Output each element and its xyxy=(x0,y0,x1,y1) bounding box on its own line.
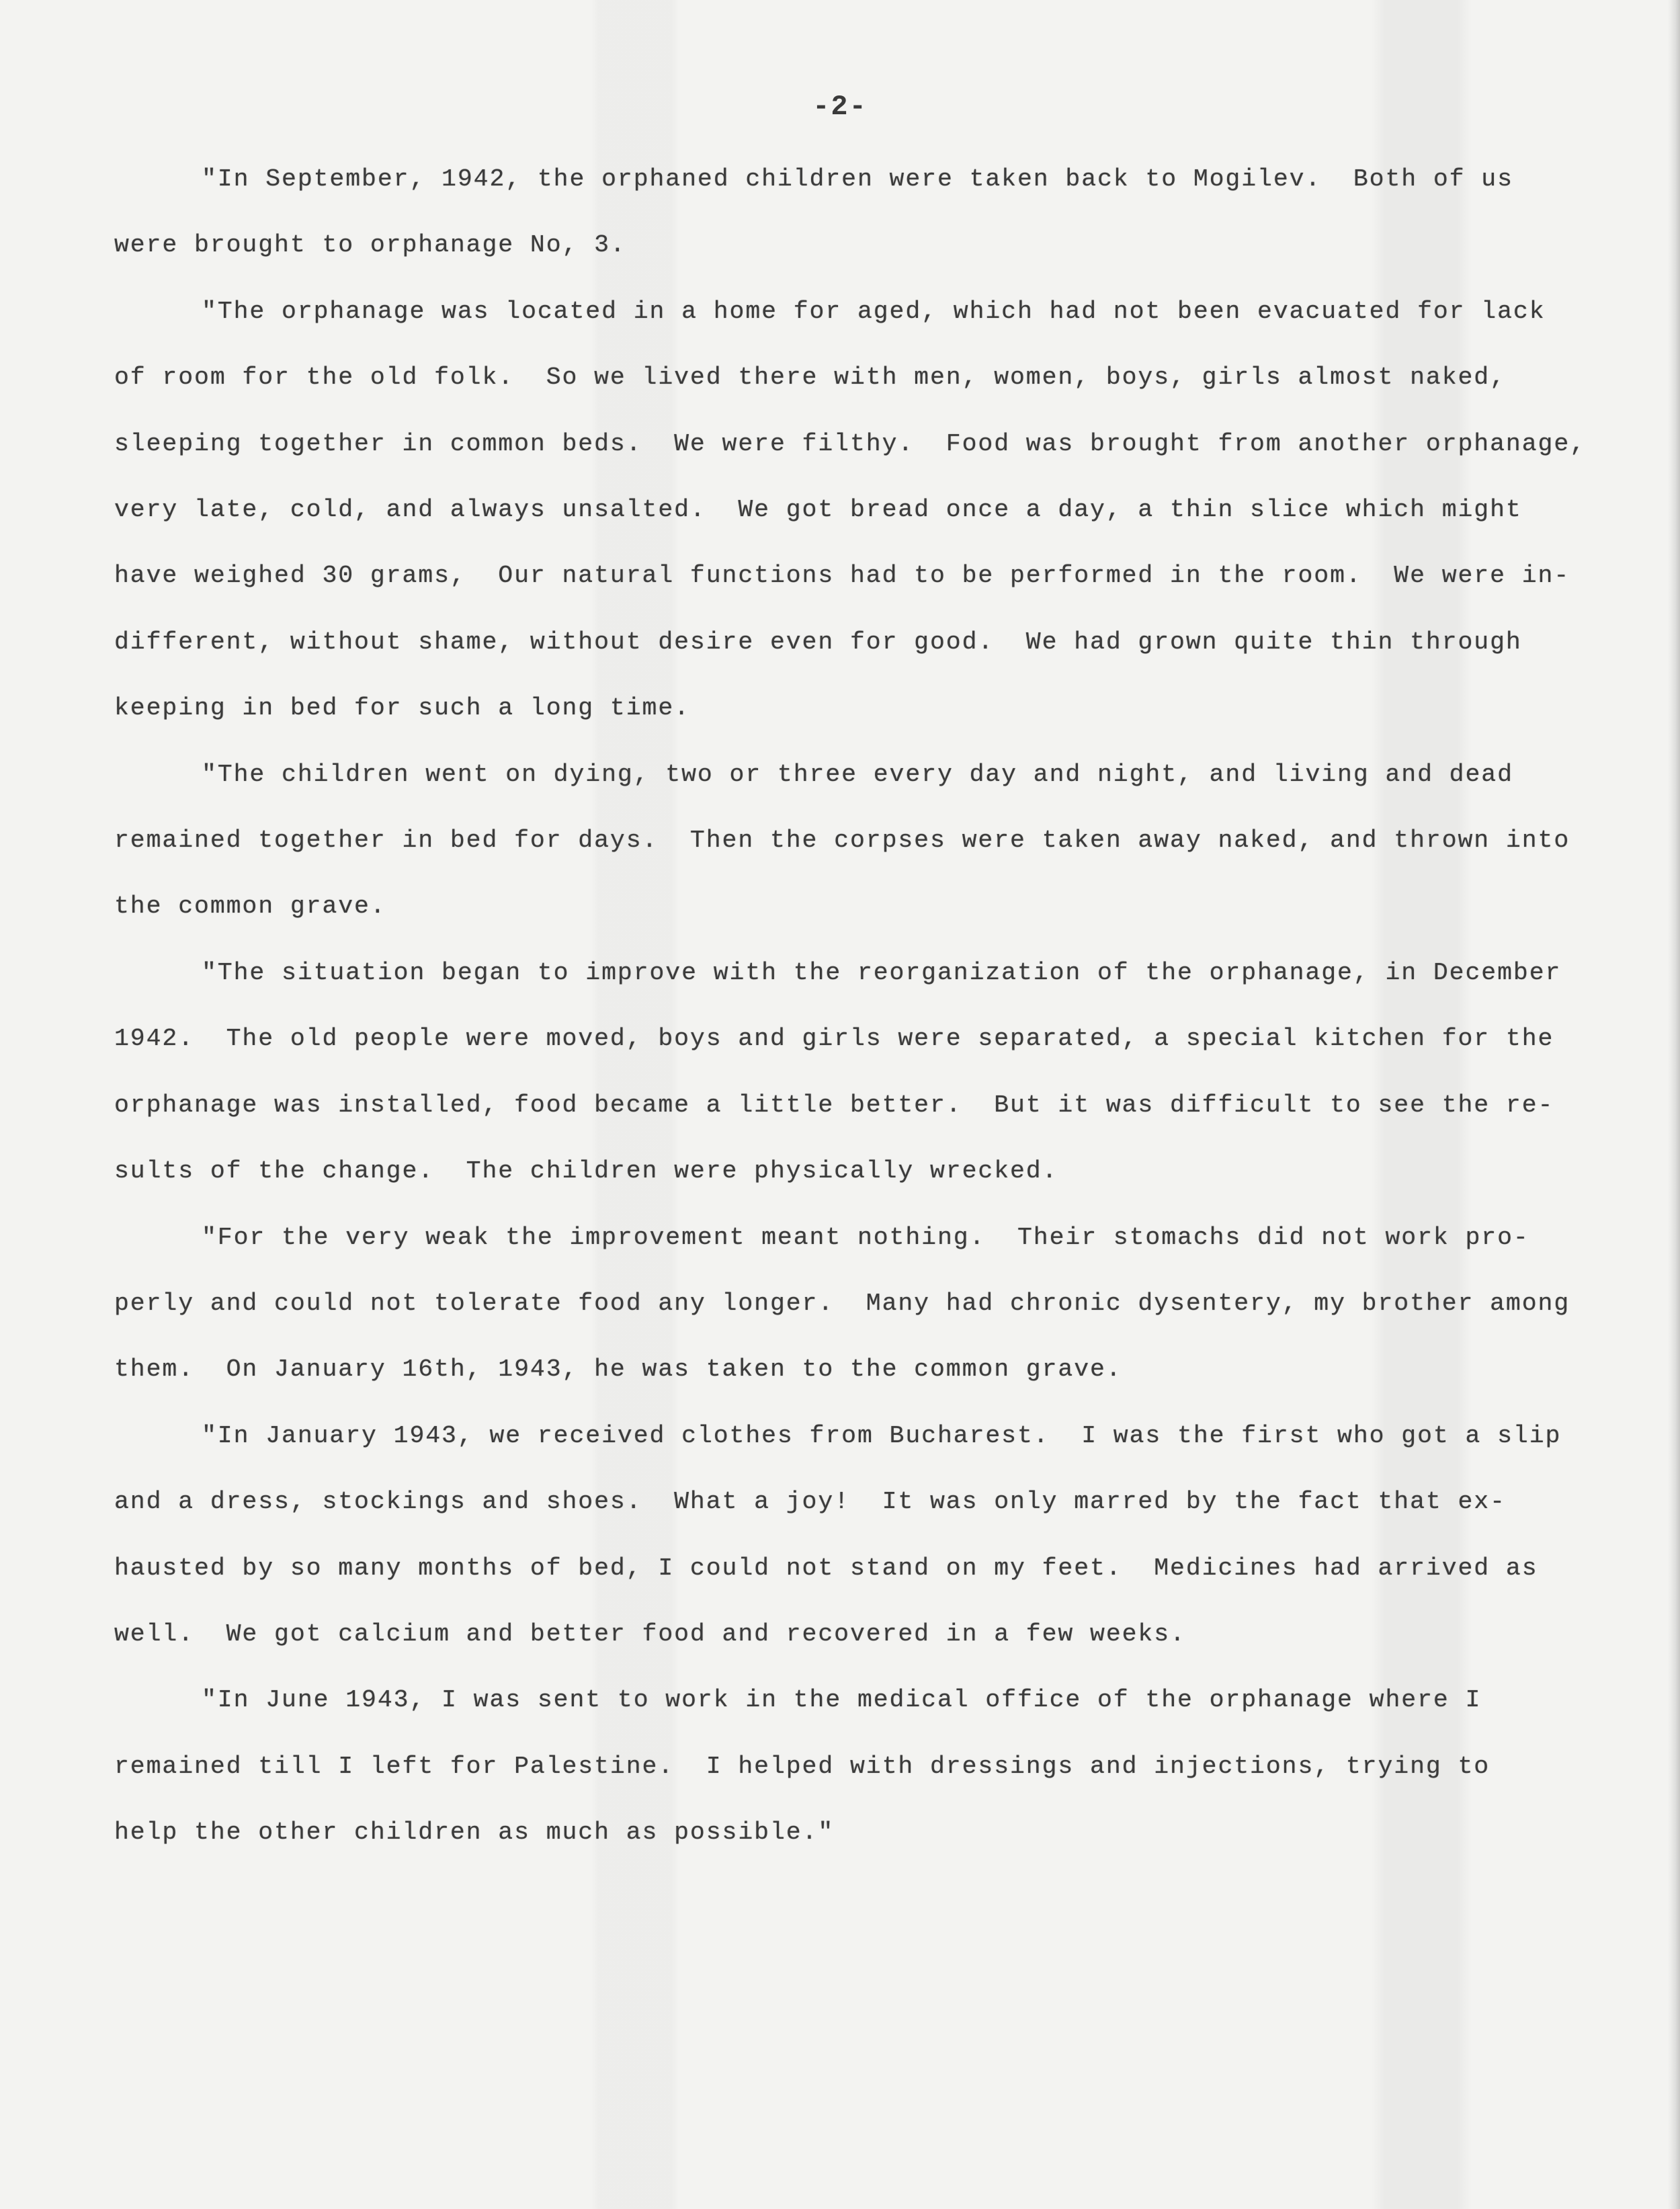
text-line: 1942. The old people were moved, boys an… xyxy=(114,1006,1620,1072)
paragraph-september-1942: "In September, 1942, the orphaned childr… xyxy=(114,147,1620,279)
text-line: different, without shame, without desire… xyxy=(114,610,1620,675)
text-line: "The orphanage was located in a home for… xyxy=(114,279,1620,345)
text-line: sleeping together in common beds. We wer… xyxy=(114,411,1620,477)
paragraph-january-1943-clothes: "In January 1943, we received clothes fr… xyxy=(114,1403,1620,1668)
text-line: remained together in bed for days. Then … xyxy=(114,808,1620,874)
text-line: "The children went on dying, two or thre… xyxy=(114,742,1620,808)
text-line: remained till I left for Palestine. I he… xyxy=(114,1734,1620,1800)
page-number: -2- xyxy=(0,91,1680,123)
text-line: the common grave. xyxy=(114,874,1620,940)
paragraph-june-1943-medical-office: "In June 1943, I was sent to work in the… xyxy=(114,1667,1620,1866)
text-line: well. We got calcium and better food and… xyxy=(114,1601,1620,1667)
text-line: have weighed 30 grams, Our natural funct… xyxy=(114,543,1620,609)
text-line: and a dress, stockings and shoes. What a… xyxy=(114,1469,1620,1535)
text-line: sults of the change. The children were p… xyxy=(114,1138,1620,1204)
text-line: of room for the old folk. So we lived th… xyxy=(114,345,1620,411)
text-line: "In January 1943, we received clothes fr… xyxy=(114,1403,1620,1469)
paragraph-children-dying: "The children went on dying, two or thre… xyxy=(114,742,1620,940)
text-line: hausted by so many months of bed, I coul… xyxy=(114,1536,1620,1601)
text-line: "In June 1943, I was sent to work in the… xyxy=(114,1667,1620,1733)
text-line: "The situation began to improve with the… xyxy=(114,940,1620,1006)
typewritten-page: -2- "In September, 1942, the orphaned ch… xyxy=(0,0,1680,2209)
paragraph-orphanage-conditions: "The orphanage was located in a home for… xyxy=(114,279,1620,742)
text-line: keeping in bed for such a long time. xyxy=(114,675,1620,741)
text-line: perly and could not tolerate food any lo… xyxy=(114,1271,1620,1337)
document-body: "In September, 1942, the orphaned childr… xyxy=(114,147,1620,1866)
text-line: orphanage was installed, food became a l… xyxy=(114,1073,1620,1138)
paper-edge-shadow xyxy=(1668,0,1680,2209)
paragraph-reorganization: "The situation began to improve with the… xyxy=(114,940,1620,1205)
text-line: them. On January 16th, 1943, he was take… xyxy=(114,1337,1620,1403)
paragraph-very-weak: "For the very weak the improvement meant… xyxy=(114,1205,1620,1403)
text-line: were brought to orphanage No, 3. xyxy=(114,212,1620,278)
text-line: "In September, 1942, the orphaned childr… xyxy=(114,147,1620,212)
text-line: "For the very weak the improvement meant… xyxy=(114,1205,1620,1271)
text-line: very late, cold, and always unsalted. We… xyxy=(114,477,1620,543)
text-line: help the other children as much as possi… xyxy=(114,1800,1620,1866)
